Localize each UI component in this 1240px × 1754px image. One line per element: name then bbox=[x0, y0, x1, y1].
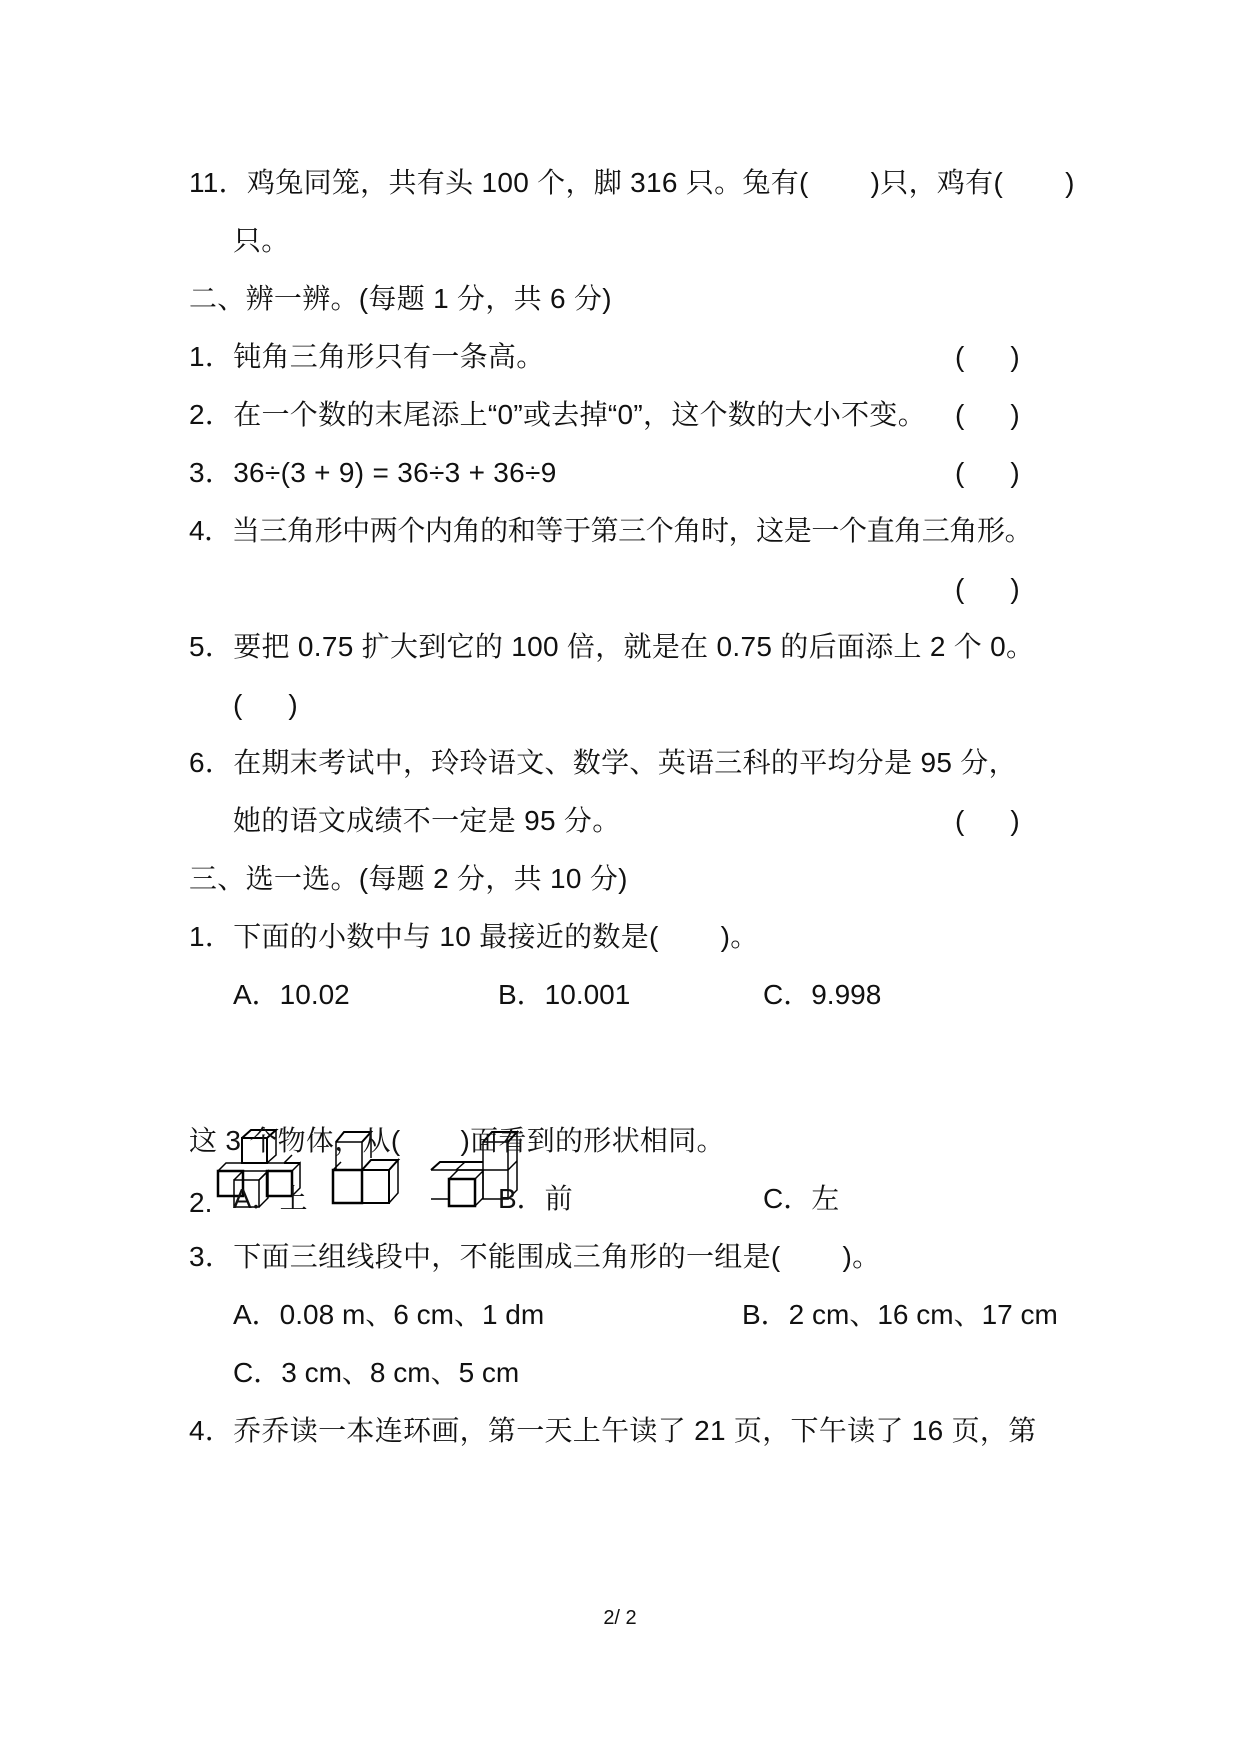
question-text: 在一个数的末尾添上“0”或去掉“0”，这个数的大小不变。 bbox=[233, 399, 926, 430]
choice-question-3: 3．下面三组线段中，不能围成三角形的一组是()。 bbox=[189, 1240, 880, 1274]
question-text: 钝角三角形只有一条高。 bbox=[233, 341, 544, 372]
question-text: ) bbox=[1065, 167, 1075, 198]
question-text: 下面三组线段中，不能围成三角形的一组是( bbox=[233, 1241, 780, 1272]
judge-item-2: 2．在一个数的末尾添上“0”或去掉“0”，这个数的大小不变。 bbox=[189, 398, 926, 432]
question-number: 2. bbox=[189, 1186, 212, 1220]
question-number: 3． bbox=[189, 1241, 233, 1272]
question-11-continued: 只。 bbox=[233, 224, 290, 258]
choice-question-1: 1．下面的小数中与 10 最接近的数是()。 bbox=[189, 920, 759, 954]
question-text: 当三角形中两个内角的和等于第三个角时，这是一个直角三角形。 bbox=[232, 515, 1032, 546]
option-a[interactable]: A．10.02 bbox=[233, 978, 350, 1012]
question-text: 这 3 个物体，从( bbox=[189, 1125, 400, 1156]
question-number: 1． bbox=[189, 921, 233, 952]
judge-item-3: 3．36÷(3 + 9) = 36÷3 + 36÷9 bbox=[189, 456, 557, 490]
page-number: 2/ 2 bbox=[0, 1606, 1240, 1630]
choice-question-4: 4．乔乔读一本连环画，第一天上午读了 21 页，下午读了 16 页，第 bbox=[189, 1414, 1037, 1448]
question-number: 11． bbox=[189, 167, 247, 198]
answer-bracket-5[interactable]: () bbox=[233, 688, 298, 722]
answer-bracket-3[interactable]: () bbox=[955, 456, 1020, 490]
option-a[interactable]: A．0.08 m、6 cm、1 dm bbox=[233, 1298, 544, 1332]
section-2-heading: 二、辨一辨。(每题 1 分，共 6 分) bbox=[189, 282, 612, 316]
option-b[interactable]: B．2 cm、16 cm、17 cm bbox=[742, 1298, 1058, 1332]
question-number: 5． bbox=[189, 631, 233, 662]
judge-item-6: 6．在期末考试中，玲玲语文、数学、英语三科的平均分是 95 分， bbox=[189, 746, 1017, 780]
judge-item-1: 1．钝角三角形只有一条高。 bbox=[189, 340, 545, 374]
question-number: 2． bbox=[189, 399, 233, 430]
judge-item-4: 4．当三角形中两个内角的和等于第三个角时，这是一个直角三角形。 bbox=[189, 514, 1032, 548]
question-text: )只，鸡有( bbox=[871, 167, 1003, 198]
question-text: )。 bbox=[843, 1241, 881, 1272]
question-11: 11．鸡兔同笼，共有头 100 个，脚 316 只。兔有()只，鸡有() bbox=[189, 166, 1075, 200]
judge-item-6-continued: 她的语文成绩不一定是 95 分。 bbox=[233, 804, 621, 838]
answer-bracket-6[interactable]: () bbox=[955, 804, 1020, 838]
question-text: 下面的小数中与 10 最接近的数是( bbox=[233, 921, 658, 952]
question-number: 6． bbox=[189, 747, 233, 778]
question-text: )面看到的形状相同。 bbox=[460, 1125, 724, 1156]
question-number: 4． bbox=[189, 515, 232, 546]
question-number: 1． bbox=[189, 341, 233, 372]
section-3-heading: 三、选一选。(每题 2 分，共 10 分) bbox=[189, 862, 628, 896]
option-c[interactable]: C．左 bbox=[763, 1182, 839, 1216]
question-text: 乔乔读一本连环画，第一天上午读了 21 页，下午读了 16 页，第 bbox=[233, 1415, 1036, 1446]
option-b[interactable]: B．前 bbox=[498, 1182, 573, 1216]
answer-bracket-2[interactable]: () bbox=[955, 398, 1020, 432]
question-text: 在期末考试中，玲玲语文、数学、英语三科的平均分是 95 分， bbox=[233, 747, 1017, 778]
question-number: 3． bbox=[189, 457, 233, 488]
option-c[interactable]: C．3 cm、8 cm、5 cm bbox=[233, 1356, 519, 1390]
option-c[interactable]: C．9.998 bbox=[763, 978, 881, 1012]
question-number: 4． bbox=[189, 1415, 233, 1446]
option-a[interactable]: A．上 bbox=[233, 1182, 308, 1216]
choice-question-2: 这 3 个物体，从()面看到的形状相同。 bbox=[189, 1124, 725, 1158]
question-text: )。 bbox=[721, 921, 759, 952]
judge-item-5: 5．要把 0.75 扩大到它的 100 倍，就是在 0.75 的后面添上 2 个… bbox=[189, 630, 1034, 664]
answer-bracket-1[interactable]: () bbox=[955, 340, 1020, 374]
question-text: 要把 0.75 扩大到它的 100 倍，就是在 0.75 的后面添上 2 个 0… bbox=[233, 631, 1034, 662]
question-text: 36÷(3 + 9) = 36÷3 + 36÷9 bbox=[233, 457, 556, 488]
answer-bracket-4[interactable]: () bbox=[955, 572, 1020, 606]
option-b[interactable]: B．10.001 bbox=[498, 978, 630, 1012]
question-text: 鸡兔同笼，共有头 100 个，脚 316 只。兔有( bbox=[247, 167, 809, 198]
